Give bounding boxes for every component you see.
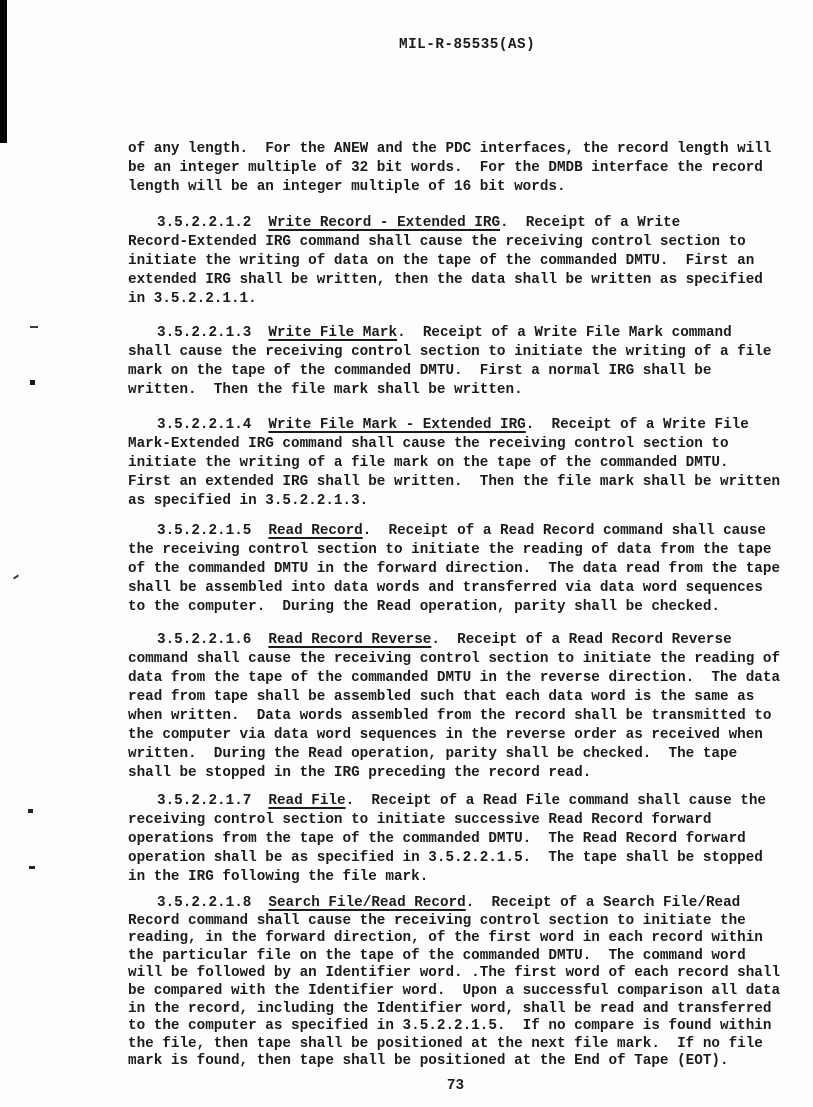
section-title: Search File/Read Record — [268, 895, 465, 911]
section-3-5-2-2-1-7: 3.5.2.2.1.7Read File. Receipt of a Read … — [128, 792, 813, 887]
section-title: Write Record - Extended IRG — [268, 215, 500, 231]
section-title: Write File Mark — [268, 325, 397, 341]
section-body: . Receipt of a Read Record Reverse comma… — [128, 632, 780, 781]
section-number: 3.5.2.2.1.6 — [157, 632, 251, 648]
section-number: 3.5.2.2.1.3 — [157, 325, 251, 341]
section-title: Read Record Reverse — [268, 632, 431, 648]
section-title: Read File — [268, 793, 345, 809]
section-number: 3.5.2.2.1.7 — [157, 793, 251, 809]
margin-mark-square — [30, 380, 35, 385]
section-number: 3.5.2.2.1.8 — [157, 895, 251, 911]
section-body: . Receipt of a Search File/Read Record c… — [128, 895, 780, 1069]
margin-mark-dash — [30, 326, 38, 328]
section-3-5-2-2-1-4: 3.5.2.2.1.4Write File Mark - Extended IR… — [128, 416, 813, 511]
margin-mark-tick — [13, 574, 19, 579]
document-header: MIL-R-85535(AS) — [399, 37, 535, 53]
section-title: Read Record — [268, 523, 362, 539]
section-title: Write File Mark - Extended IRG — [268, 417, 525, 433]
section-3-5-2-2-1-8: 3.5.2.2.1.8Search File/Read Record. Rece… — [128, 895, 813, 1071]
margin-mark-dot — [28, 809, 33, 813]
page-number: 73 — [128, 1078, 783, 1094]
intro-paragraph: of any length. For the ANEW and the PDC … — [128, 140, 813, 197]
scan-edge-artifact — [0, 0, 7, 143]
section-3-5-2-2-1-6: 3.5.2.2.1.6Read Record Reverse. Receipt … — [128, 631, 813, 783]
margin-mark-dot — [29, 866, 35, 869]
section-3-5-2-2-1-2: 3.5.2.2.1.2Write Record - Extended IRG. … — [128, 214, 813, 309]
section-3-5-2-2-1-3: 3.5.2.2.1.3Write File Mark. Receipt of a… — [128, 324, 813, 400]
section-number: 3.5.2.2.1.2 — [157, 215, 251, 231]
section-number: 3.5.2.2.1.5 — [157, 523, 251, 539]
section-3-5-2-2-1-5: 3.5.2.2.1.5Read Record. Receipt of a Rea… — [128, 522, 813, 617]
section-number: 3.5.2.2.1.4 — [157, 417, 251, 433]
document-page: MIL-R-85535(AS) of any length. For the A… — [0, 0, 813, 1107]
